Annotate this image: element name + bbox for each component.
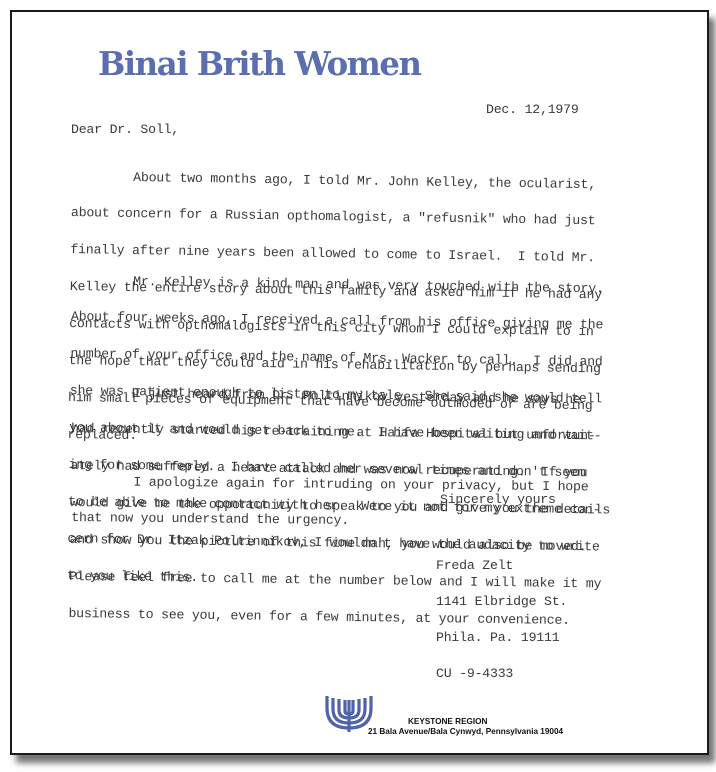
line: I just heard from Dr. Poltinnikov yester… (71, 387, 611, 407)
signer-street: 1141 Elbridge St. (436, 596, 567, 608)
line: I apologize again for intruding on your … (72, 476, 589, 494)
line: About four weeks ago, I received a call … (71, 311, 603, 332)
signer-name: Freda Zelt (436, 560, 567, 572)
signer-city: Phila. Pa. 19111 (436, 632, 567, 644)
footer-address: KEYSTONE REGION 21 Bala Avenue/Bala Cynw… (368, 717, 563, 736)
region-address: 21 Bala Avenue/Bala Cynwyd, Pennsylvania… (368, 727, 563, 737)
line: about concern for a Russian opthomalogis… (71, 207, 603, 228)
signature-block: Freda Zelt 1141 Elbridge St. Phila. Pa. … (436, 536, 567, 692)
closing: Sincerely yours (440, 494, 556, 506)
signer-phone: CU -9-4333 (436, 668, 567, 680)
line: About two months ago, I told Mr. John Ke… (71, 171, 603, 192)
letterhead-logo: Binai Brith Women (98, 44, 421, 84)
line: that now you understand the urgency. (71, 512, 588, 530)
letter-date: Dec. 12,1979 (486, 104, 579, 116)
line: had recently started his re-training at … (71, 423, 611, 443)
line: Mr. Kelley is a kind man and was very to… (71, 275, 603, 296)
region-name: KEYSTONE REGION (368, 717, 563, 727)
letterhead-footer: KEYSTONE REGION 21 Bala Avenue/Bala Cynw… (323, 694, 623, 744)
salutation: Dear Dr. Soll, (71, 124, 179, 136)
